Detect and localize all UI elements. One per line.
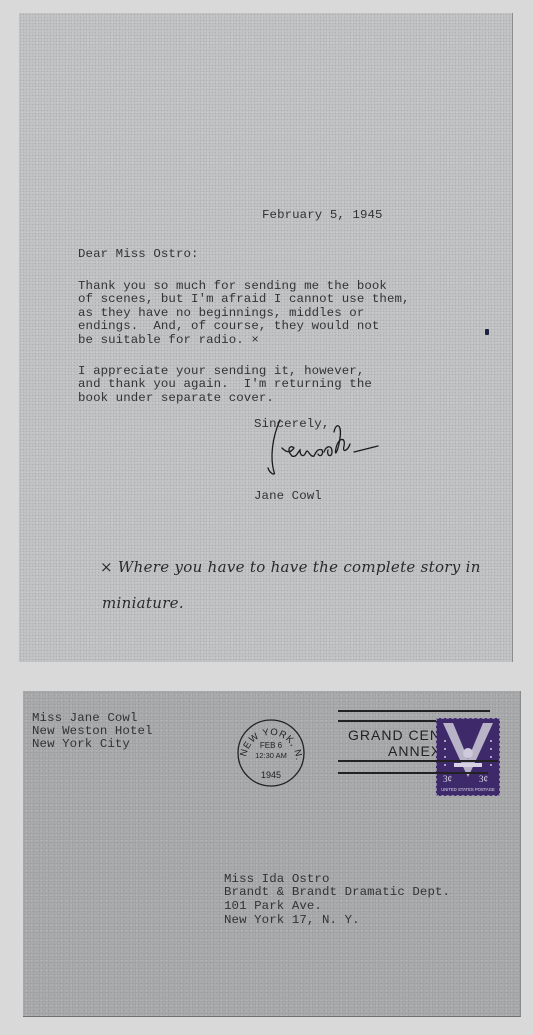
postmark-date: FEB 6 xyxy=(260,741,283,750)
stamp-denomination-left: 3¢ xyxy=(443,774,452,784)
handwritten-note-line: × Where you have to have the complete st… xyxy=(100,558,481,576)
letter-salutation: Dear Miss Ostro: xyxy=(78,248,199,262)
paragraph-line: book under separate cover. xyxy=(78,392,274,406)
paragraph-line: and thank you again. I'm returning the xyxy=(78,378,372,392)
recipient-address-line: Brandt & Brandt Dramatic Dept. xyxy=(224,886,450,900)
stamp-caption: UNITED STATES POSTAGE xyxy=(441,787,495,792)
typed-name: Jane Cowl xyxy=(254,490,322,504)
recipient-address-line: New York 17, N. Y. xyxy=(224,914,360,928)
postmark-icon: NEW YORK, N.Y. FEB 6 12:30 AM 1945 xyxy=(236,718,306,788)
postage-stamp: 3¢ 3¢ UNITED STATES POSTAGE xyxy=(436,718,500,796)
cancellation-line xyxy=(338,772,488,774)
cancellation-line xyxy=(338,710,490,712)
stamp-denomination-right: 3¢ xyxy=(479,774,488,784)
cancellation-line xyxy=(338,760,498,762)
paragraph-line: of scenes, but I'm afraid I cannot use t… xyxy=(78,293,410,307)
cancellation-text-line: ANNEX xyxy=(388,744,441,759)
return-address-line: New York City xyxy=(32,738,130,752)
cancellation-line xyxy=(338,720,448,722)
signature-icon xyxy=(262,418,412,478)
paragraph-line: be suitable for radio. × xyxy=(78,334,259,348)
margin-mark xyxy=(485,329,489,335)
letter-date: February 5, 1945 xyxy=(262,209,383,223)
postmark-time: 12:30 AM xyxy=(255,751,287,760)
handwritten-note-line: miniature. xyxy=(102,594,184,612)
postmark-year: 1945 xyxy=(261,770,281,780)
recipient-address-line: 101 Park Ave. xyxy=(224,900,322,914)
paragraph-line: endings. And, of course, they would not xyxy=(78,320,379,334)
eagle-v-stamp-icon: 3¢ 3¢ UNITED STATES POSTAGE xyxy=(437,719,499,795)
